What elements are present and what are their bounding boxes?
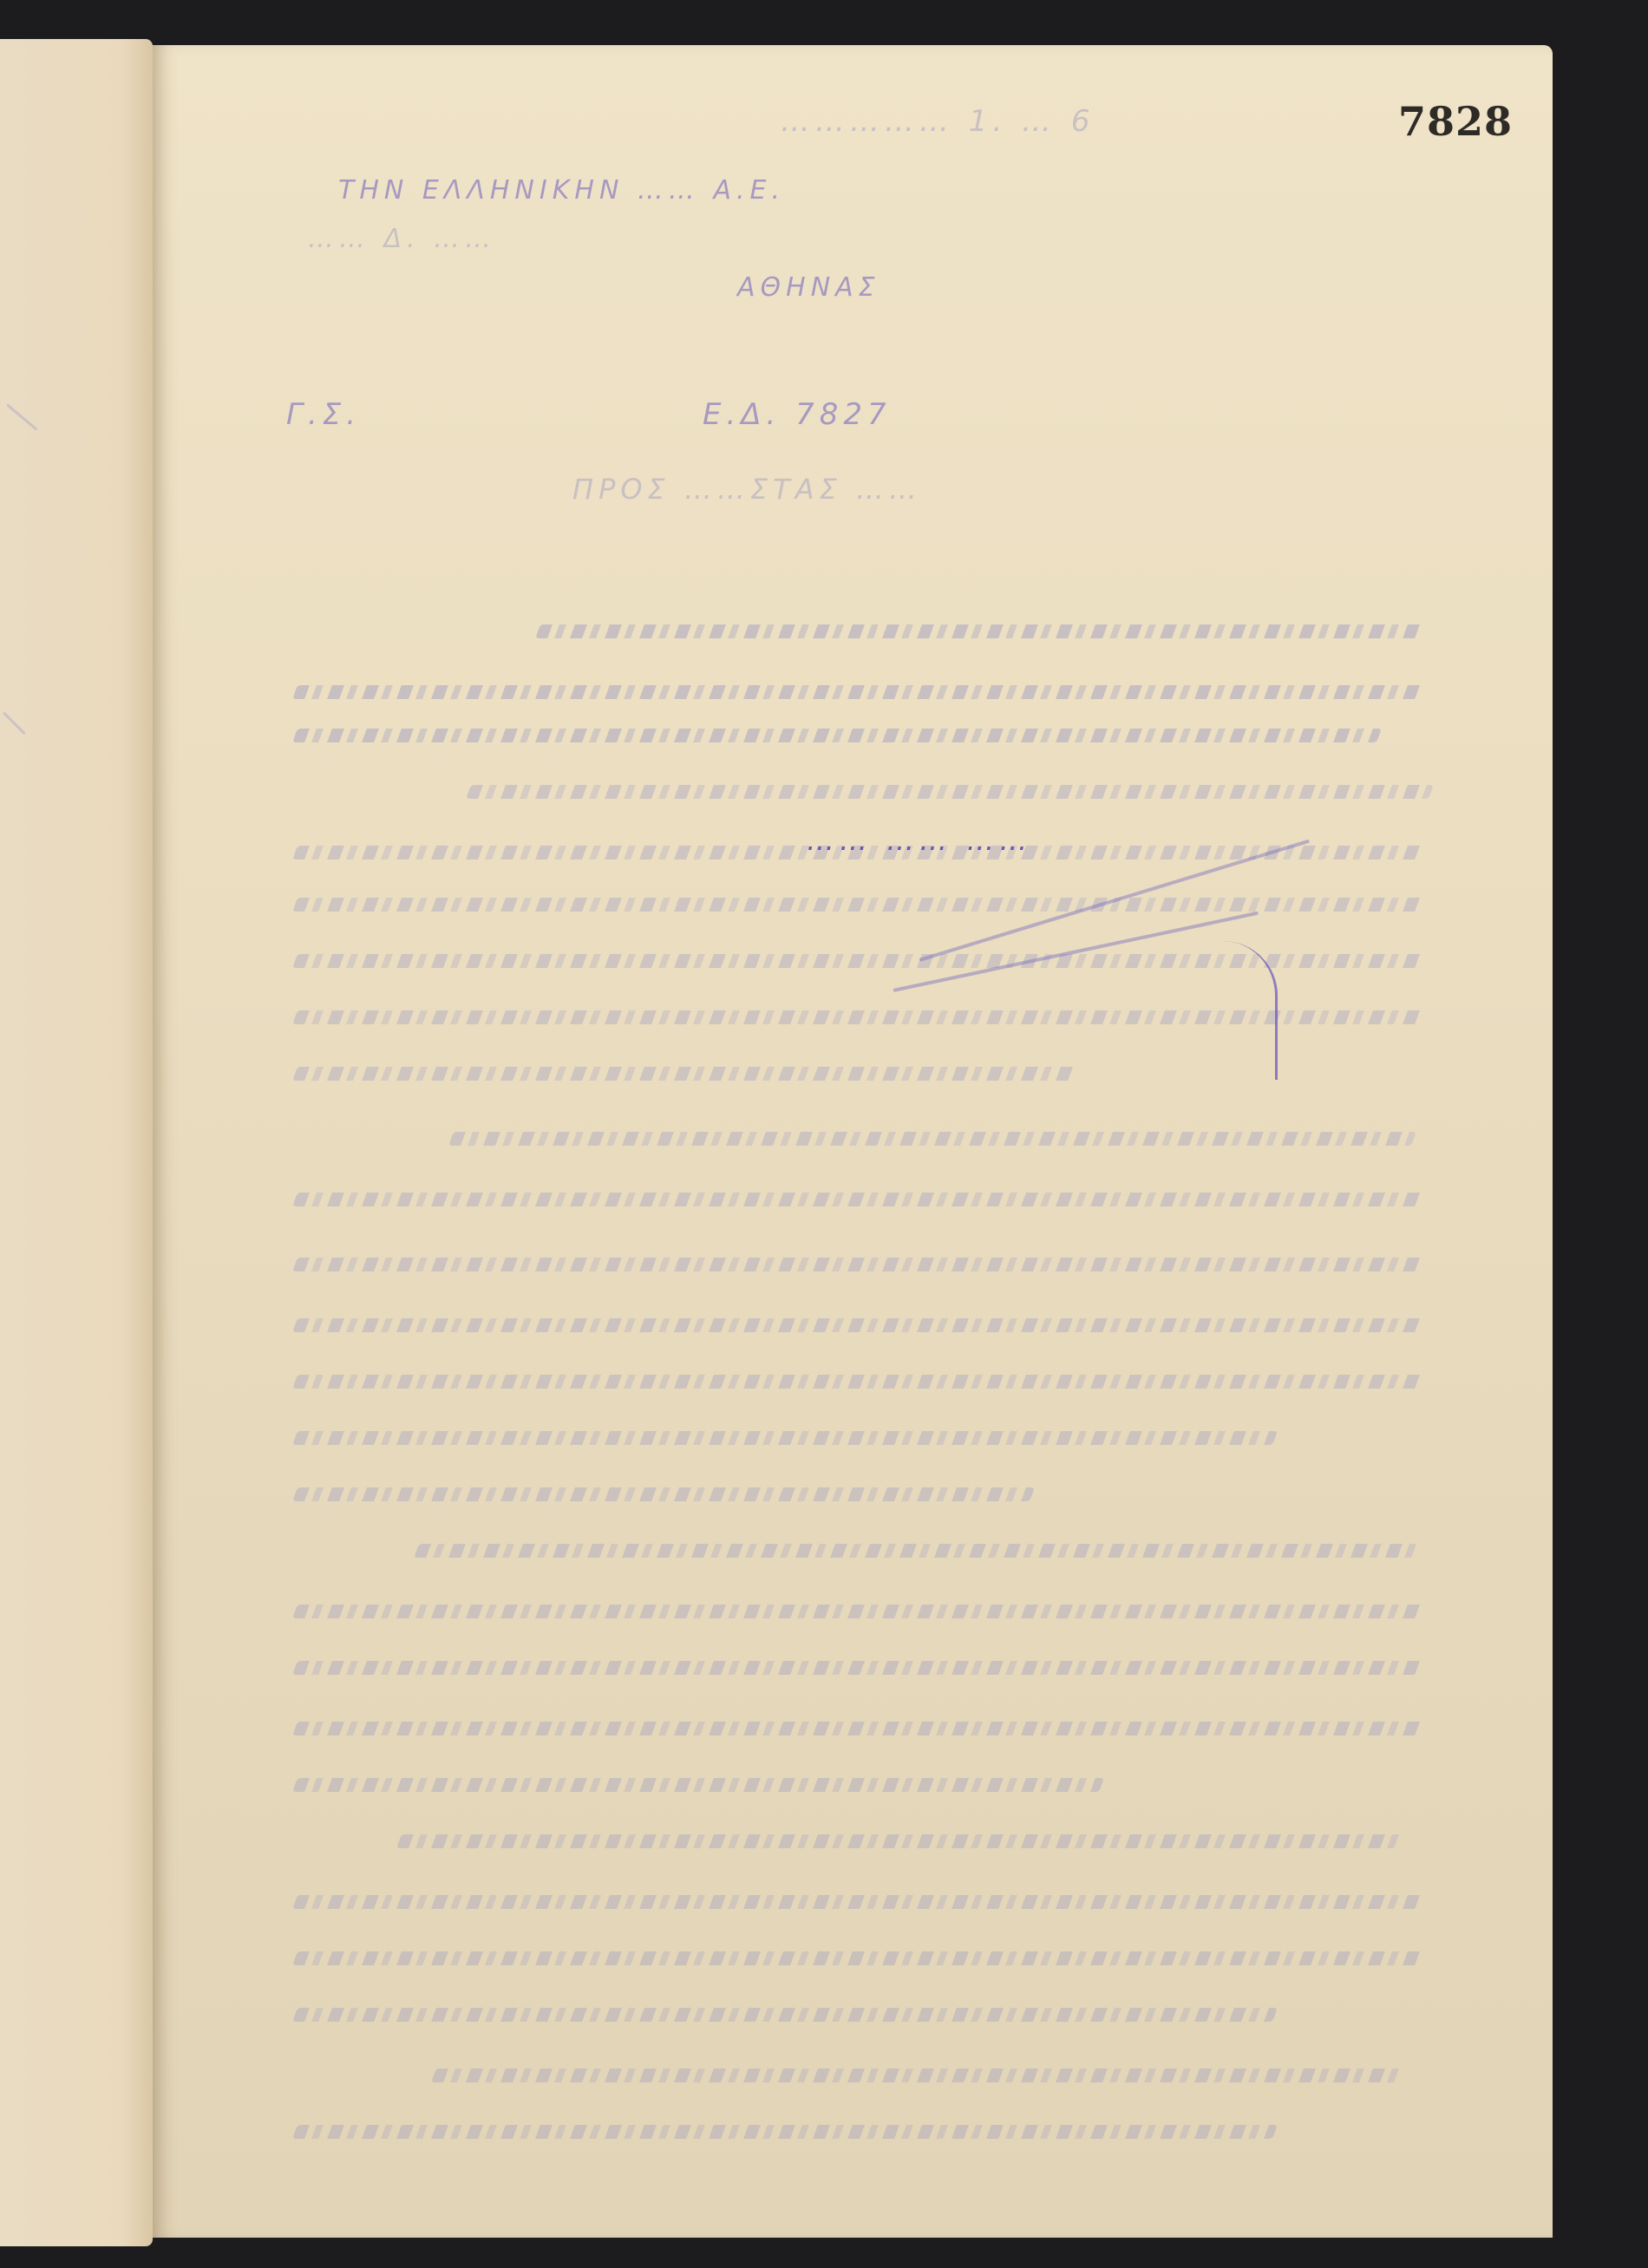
handwritten-line: [292, 2008, 1278, 2022]
date-line: …………… 1. … 6: [781, 104, 1095, 139]
handwritten-line: [535, 624, 1425, 638]
handwritten-line: [396, 1834, 1408, 1848]
handwritten-line: [292, 2125, 1278, 2139]
left-page: [0, 39, 153, 2246]
handwritten-line: [292, 1895, 1425, 1909]
handwritten-line: [292, 1258, 1425, 1271]
handwritten-line: [292, 1778, 1104, 1792]
folio-number: 7828: [1398, 98, 1513, 145]
handwritten-line: [292, 1487, 1035, 1501]
handwritten-line: [448, 1132, 1416, 1146]
reference-number: Ε.Δ. 7827: [703, 397, 892, 432]
handwritten-line: [292, 1318, 1425, 1332]
reference-left: Γ.Σ.: [286, 397, 361, 432]
handwritten-line: [431, 2069, 1408, 2082]
handwritten-line: [292, 729, 1382, 742]
handwritten-line: [292, 1375, 1425, 1389]
handwritten-line: [292, 1661, 1425, 1675]
handwritten-line: [292, 1951, 1425, 1965]
addressee-line-2: …… Δ. ……: [308, 224, 496, 254]
handwritten-line: [292, 898, 1425, 912]
addressee-line-1: ΤΗΝ ΕΛΛΗΝΙΚΗΝ …… Α.Ε.: [338, 175, 785, 206]
bleed-through-mark: [6, 403, 37, 430]
subject-line: ΠΡΟΣ ……ΣΤΑΣ ……: [572, 473, 922, 506]
handwritten-line: [292, 685, 1425, 699]
handwritten-line: [414, 1544, 1425, 1558]
addressee-city: ΑΘΗΝΑΣ: [737, 272, 880, 303]
handwritten-line: [292, 1722, 1425, 1735]
annotation-line: …… …… ……: [807, 824, 1032, 857]
handwritten-line: [292, 1067, 1078, 1081]
handwritten-line: [292, 1605, 1425, 1618]
bleed-through-mark: [3, 711, 26, 735]
handwritten-line: [292, 1431, 1278, 1445]
handwritten-line: [466, 785, 1434, 799]
handwritten-line: [292, 1193, 1425, 1206]
